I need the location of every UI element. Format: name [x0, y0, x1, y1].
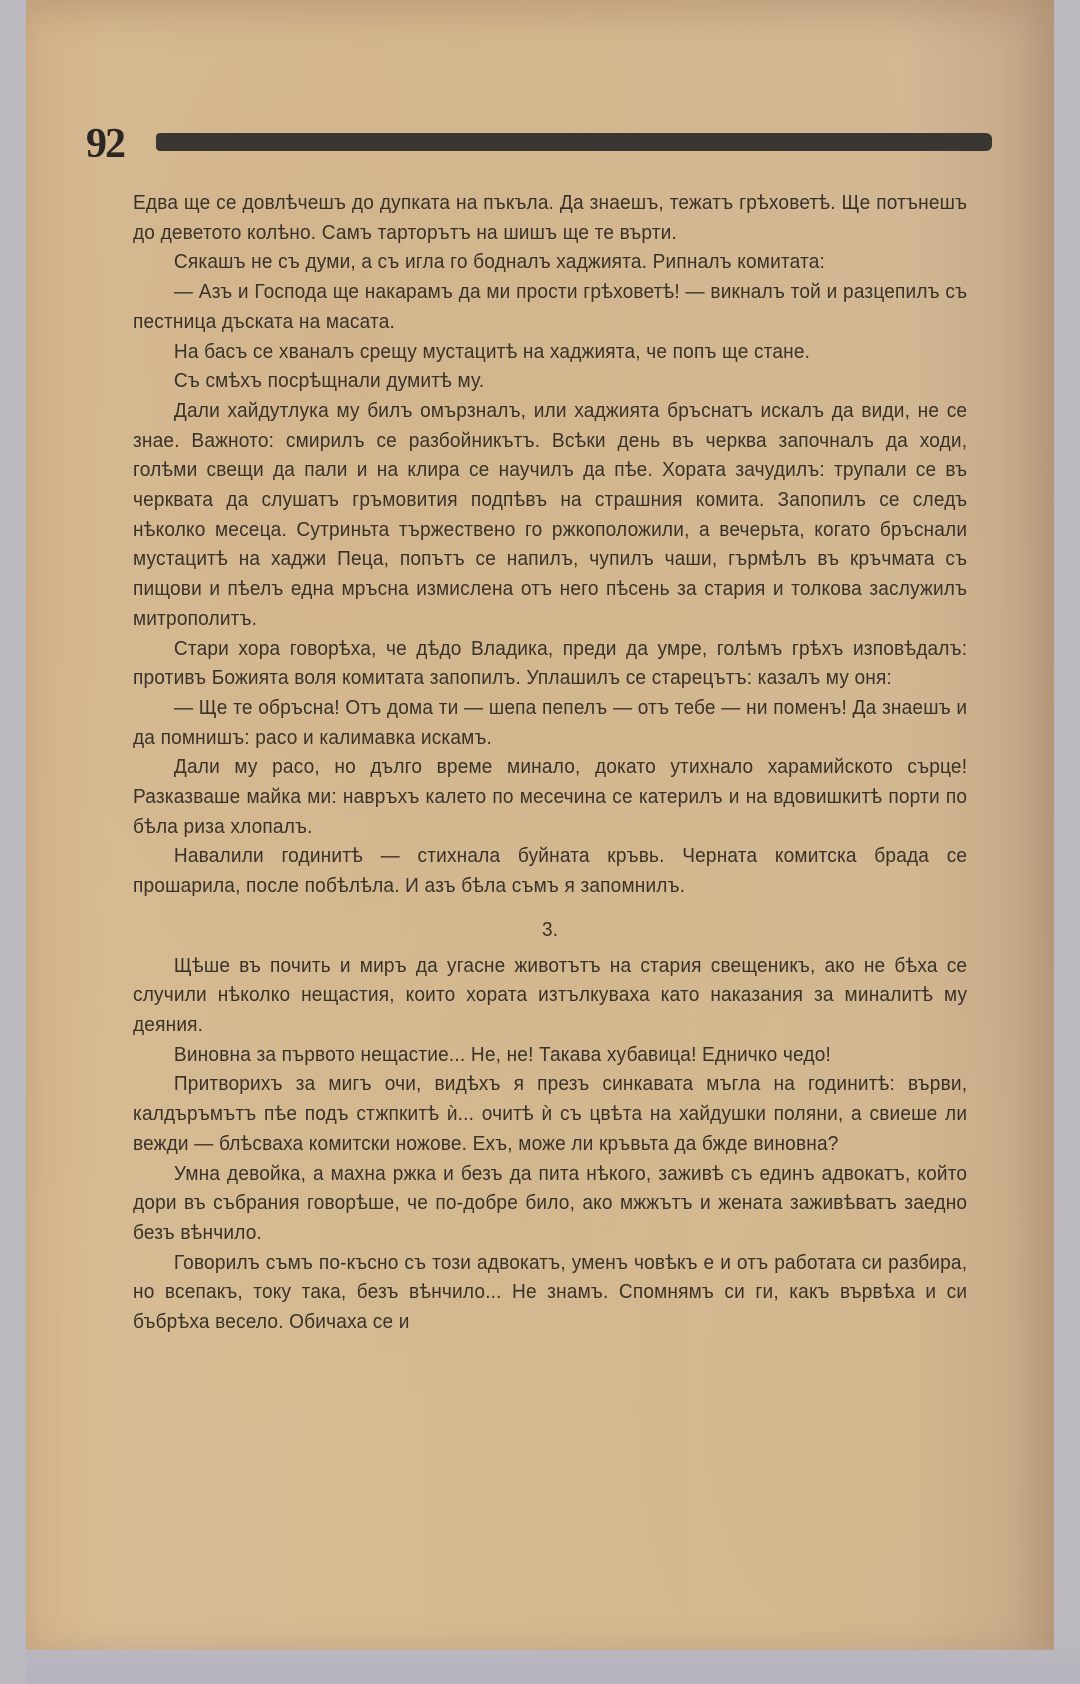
paragraph: Сякашъ не съ думи, а съ игла го бодналъ …: [133, 247, 967, 277]
paragraph: Съ смѣхъ посрѣщнали думитѣ му.: [133, 366, 967, 396]
paragraph: Стари хора говорѣха, че дѣдо Владика, пр…: [133, 634, 967, 693]
paragraph: Дали му расо, но дълго време минало, док…: [133, 752, 967, 841]
paragraph: Говорилъ съмъ по-късно съ този адвокатъ,…: [133, 1248, 967, 1337]
page-header: 92: [82, 122, 1002, 166]
paragraph: Дали хайдутлука му билъ омързналъ, или х…: [133, 396, 967, 634]
page-body: Едва ще се довлѣчешъ до дупката на пъкъл…: [133, 188, 967, 1337]
paragraph: Щѣше въ почить и миръ да угасне животътъ…: [133, 951, 967, 1040]
header-rule: [156, 133, 992, 151]
paragraph: Виновна за първото нещастие... Не, не! Т…: [133, 1040, 967, 1070]
paragraph: — Ще те обръсна! Отъ дома ти — шепа пепе…: [133, 693, 967, 752]
section-heading: 3.: [133, 915, 967, 945]
scan-bottom-edge: [26, 1644, 1080, 1684]
paragraph: Навалили годинитѣ — стихнала буйната кръ…: [133, 841, 967, 900]
paragraph: Умна девойка, а махна ржка и безъ да пит…: [133, 1159, 967, 1248]
paragraph: Притворихъ за мигъ очи, видѣхъ я презъ с…: [133, 1069, 967, 1158]
page-number: 92: [86, 122, 124, 166]
paragraph: — Азъ и Господа ще накарамъ да ми прости…: [133, 277, 967, 336]
paragraph: На басъ се хваналъ срещу мустацитѣ на ха…: [133, 337, 967, 367]
paragraph: Едва ще се довлѣчешъ до дупката на пъкъл…: [133, 188, 967, 247]
